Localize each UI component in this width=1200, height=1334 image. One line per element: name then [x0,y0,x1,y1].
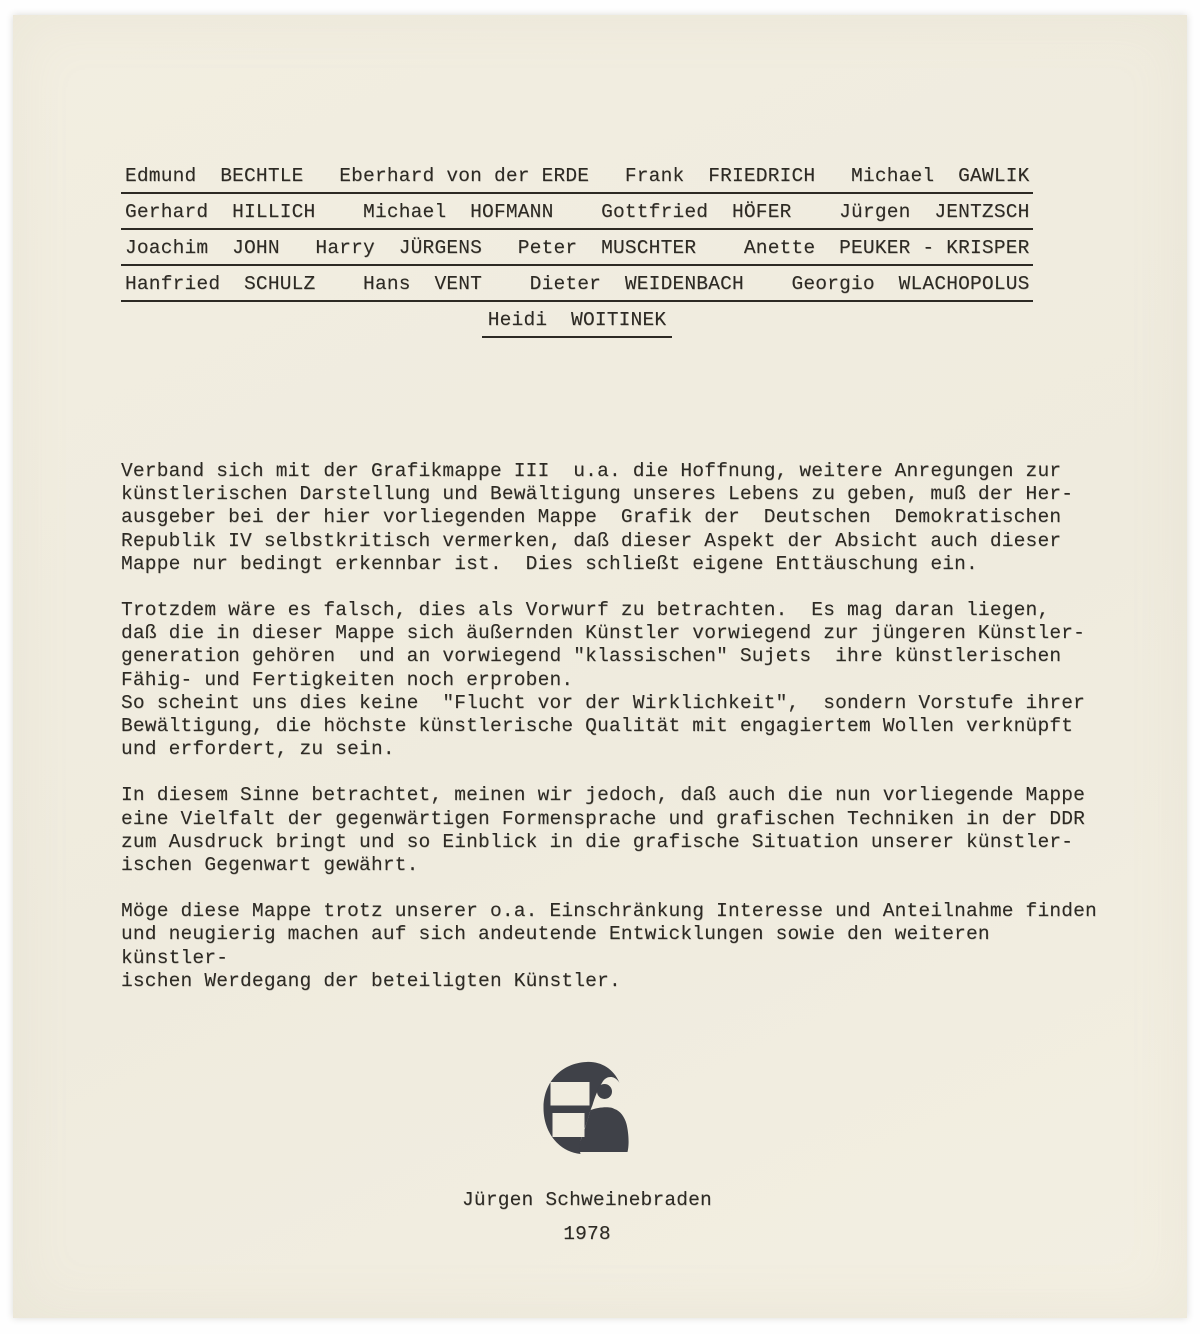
paragraph-2: Trotzdem wäre es falsch, dies als Vorwur… [121,599,1106,761]
paragraph-1: Verband sich mit der Grafikmappe III u.a… [121,460,1106,576]
signature: Jürgen Schweinebraden [13,1189,1161,1211]
stamp-dot [597,1084,612,1099]
artist-row: Gerhard HILLICH Michael HOFMANN Gottfrie… [121,201,1033,230]
paragraph-4: Möge diese Mappe trotz unserer o.a. Eins… [121,900,1106,993]
artist-row-text: Hanfried SCHULZ Hans VENT Dieter WEIDENB… [125,273,1030,295]
gallery-stamp-icon [538,1060,637,1158]
artist-row-text: Gerhard HILLICH Michael HOFMANN Gottfrie… [125,201,1030,223]
artist-row: Hanfried SCHULZ Hans VENT Dieter WEIDENB… [121,273,1033,302]
artist-row-text: Joachim JOHN Harry JÜRGENS Peter MUSCHTE… [125,237,1030,259]
artist-row-text: Edmund BECHTLE Eberhard von der ERDE Fra… [125,165,1030,187]
paragraph-3: In diesem Sinne betrachtet, meinen wir j… [121,784,1106,877]
stamp-lower-window [552,1113,584,1137]
colophon: Jürgen Schweinebraden 1978 [13,1060,1161,1245]
body-text: Verband sich mit der Grafikmappe III u.a… [121,460,1106,1016]
artist-row-centered: Heidi WOITINEK [121,309,1033,338]
artist-row-text: Heidi WOITINEK [482,310,673,338]
year: 1978 [13,1223,1161,1245]
artist-row: Joachim JOHN Harry JÜRGENS Peter MUSCHTE… [121,237,1033,266]
artist-list: Edmund BECHTLE Eberhard von der ERDE Fra… [121,165,1033,338]
paper-sheet: Edmund BECHTLE Eberhard von der ERDE Fra… [13,15,1187,1318]
stamp-upper-window [550,1082,589,1106]
artist-row: Edmund BECHTLE Eberhard von der ERDE Fra… [121,165,1033,194]
